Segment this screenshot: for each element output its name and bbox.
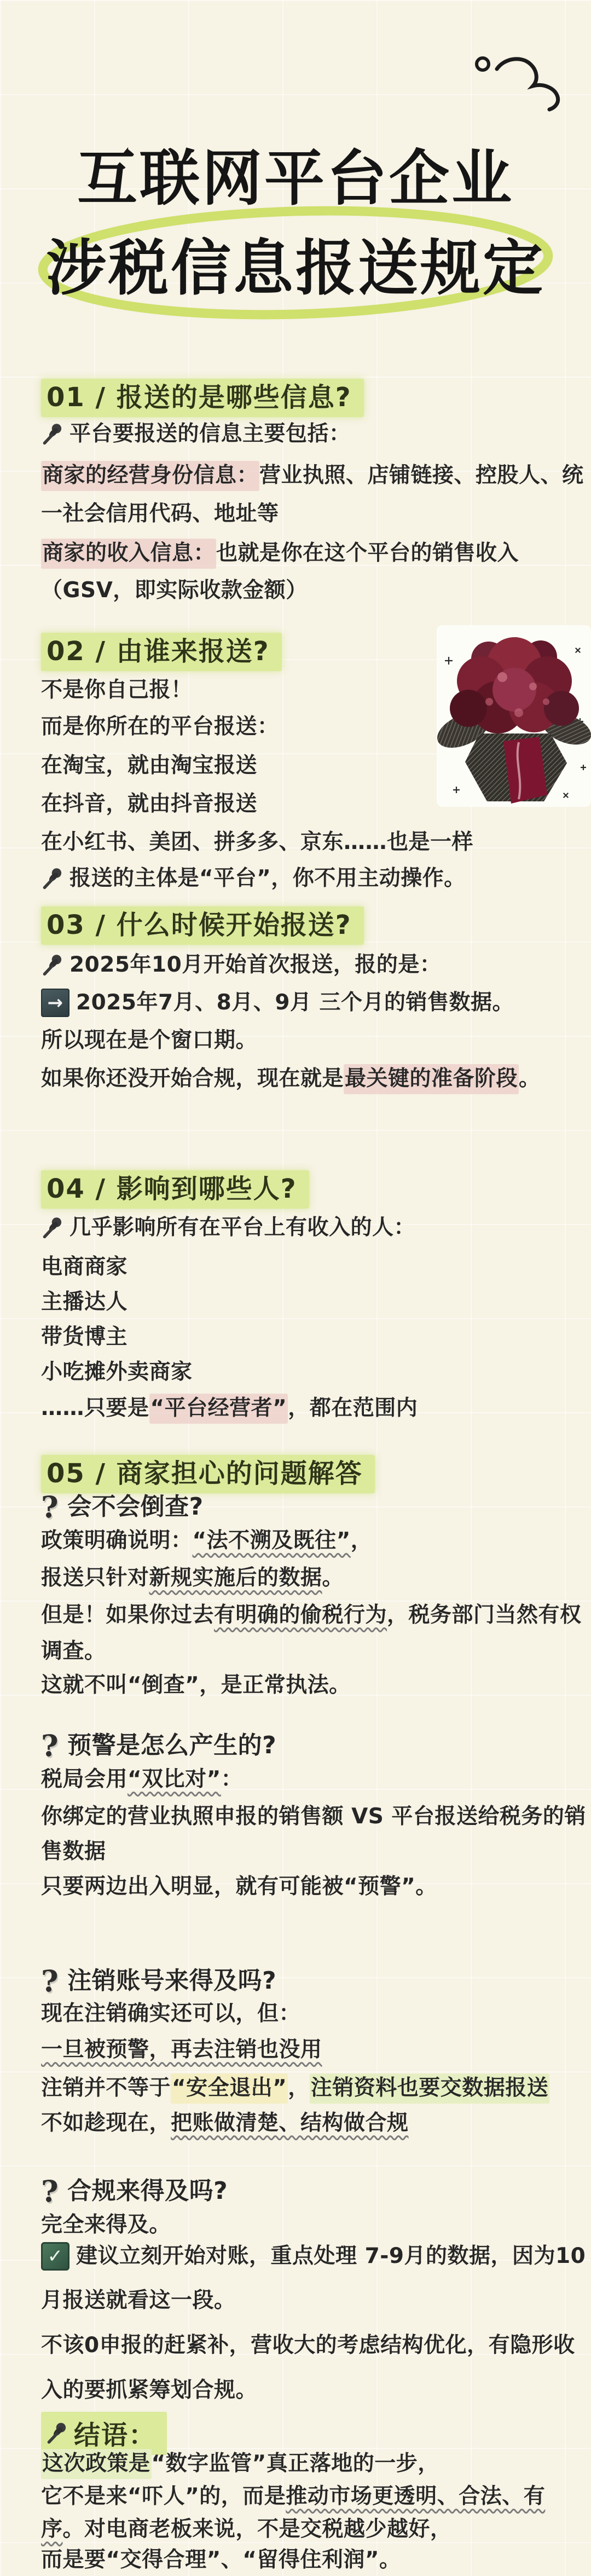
text-line: 而是你所在的平台报送： [41, 713, 279, 741]
text-line: ✓ 建议立刻开始对账，重点处理 7-9月的数据，因为10 [41, 2242, 586, 2271]
question-mark-icon: ? [41, 1492, 59, 1522]
text-segment: “数字监管” [152, 2450, 266, 2478]
question-mark-icon: ? [41, 2176, 59, 2206]
text-segment: 报送只针对 [41, 1564, 149, 1592]
text-segment: 如果你还没开始合规，现在就是 [41, 1065, 344, 1093]
emphasis-segment: “法不溯及既往” [193, 1527, 351, 1555]
text-segment: 营业执照、店铺链接、控股人、统 [259, 462, 584, 490]
text-segment: 月报送就看这一段。 [41, 2287, 236, 2315]
emphasis-segment: 序 [41, 2516, 63, 2544]
text-segment: 2025年7月、8月、9月 三个月的销售数据。 [76, 989, 514, 1017]
text-segment: 报送的主体是“平台”，你不用主动操作。 [69, 865, 466, 893]
emphasis-segment: “平台经营者” [149, 1394, 288, 1424]
text-line: → 2025年7月、8月、9月 三个月的销售数据。 [41, 989, 514, 1017]
text-segment: 不是你自己报！ [41, 677, 193, 704]
poster-title-line2: 涉税信息报送规定 [0, 220, 591, 307]
text-segment: 在抖音，就由抖音报送 [41, 790, 257, 818]
text-segment: ……只要是 [41, 1395, 149, 1423]
text-segment: ，税务部门当然有权 [387, 1602, 582, 1630]
poster: 互联网平台企业 涉税信息报送规定 01 / 报送的是哪些信息? 平台要报送的信息… [0, 0, 591, 2576]
text-line: 入的要抓紧筹划合规。 [41, 2377, 257, 2405]
text-line: 不该0申报的赶紧补，营收大的考虑结构优化，有隐形收 [41, 2332, 575, 2360]
text-segment: 2025年10月开始首次报送，报的是： [69, 951, 441, 979]
list-item: 电商商家 [41, 1254, 128, 1281]
text-line: 商家的经营身份信息： 营业执照、店铺链接、控股人、统 [41, 461, 584, 491]
text-line: 这就不叫“倒查”，是正常执法。 [41, 1672, 351, 1700]
text-line: 一旦被预警，再去注销也没用 [41, 2036, 322, 2064]
text-segment: 税局会用 [41, 1766, 128, 1794]
text-segment: 在淘宝，就由淘宝报送 [41, 752, 257, 780]
text-line: 几乎影响所有在平台上有收入的人： [41, 1214, 415, 1242]
text-segment: 预警是怎么产生的? [67, 1730, 276, 1761]
text-segment: 不该0申报的赶紧补，营收大的考虑结构优化，有隐形收 [41, 2332, 575, 2360]
text-line: 不如趁现在， 把账做清楚、结构做合规 [41, 2110, 409, 2138]
text-line: 所以现在是个 窗口期。 [41, 1027, 257, 1055]
doodle-flourish [466, 45, 576, 116]
text-segment: 政策明确说明： [41, 1527, 193, 1555]
question-heading: ? 预警是怎么产生的? [41, 1730, 276, 1761]
pushpin-icon [41, 867, 65, 891]
text-line: 税局会用 “双比对” ： [41, 1766, 242, 1794]
arrow-icon: → [41, 989, 69, 1017]
text-line: 月报送就看这一段。 [41, 2287, 236, 2315]
emphasis-segment: 商家的收入信息： [41, 539, 216, 569]
text-segment: 完全来得及。 [41, 2211, 171, 2239]
text-segment: 调查。 [41, 1638, 106, 1666]
text-line: 政策明确说明： “法不溯及既往” ， [41, 1527, 372, 1555]
text-segment: 电商商家 [41, 1254, 128, 1281]
text-line: 而是要“交得合理”、“留得住利润”。 [41, 2546, 401, 2574]
text-segment: 售数据 [41, 1838, 106, 1866]
text-segment: 会不会倒查? [67, 1491, 204, 1522]
text-line: 在小红书、美团、拼多多、京东……也是一样 [41, 829, 473, 857]
text-line: 你绑定的营业执照申报的销售额 VS 平台报送给税务的销 [41, 1803, 586, 1831]
emphasis-segment: 推动市场更透明、合法、有 [286, 2483, 545, 2511]
text-segment: 你绑定的营业执照申报的销售额 VS 平台报送给税务的销 [41, 1803, 586, 1831]
emphasis-segment: 最关键的准备阶段 [344, 1064, 519, 1094]
text-segment: 建议立刻开始对账，重点处理 7-9月的数据，因为10 [76, 2243, 586, 2271]
section-02-header: 02 / 由谁来报送? [41, 633, 282, 671]
emphasis-segment: 注销资料也要交数据报送 [310, 2073, 550, 2104]
question-mark-icon: ? [41, 1966, 59, 1996]
text-segment: 所以现在是个 [41, 1027, 171, 1055]
list-item: 主播达人 [41, 1289, 128, 1316]
text-line: 一社会信用代码、地址等 [41, 500, 279, 528]
text-segment: 在小红书、美团、拼多多、京东……也是一样 [41, 829, 473, 857]
text-line: 平台要报送的信息主要包括： [41, 420, 351, 448]
text-segment: 而是你所在的平台报送： [41, 713, 279, 741]
text-segment: 只要两边出入明显，就有可能被“预警”。 [41, 1873, 437, 1901]
text-line: 它不是来“吓人”的，而是 推动市场更透明、合法、有 [41, 2483, 545, 2511]
text-line: 注销并不等于 “安全退出” ， 注销资料也要交数据报送 [41, 2073, 549, 2104]
text-line: 报送的主体是“平台”，你不用主动操作。 [41, 865, 466, 893]
list-item: 小吃摊外卖商家 [41, 1359, 193, 1387]
text-segment: ， [288, 2075, 310, 2103]
text-segment: 结语： [74, 2414, 156, 2452]
text-line: 在抖音，就由抖音报送 [41, 790, 257, 818]
section-05-header: 05 / 商家担心的问题解答 [41, 1455, 375, 1493]
question-heading: ? 合规来得及吗? [41, 2175, 228, 2207]
list-item: 带货博主 [41, 1324, 128, 1351]
text-line: ……只要是 “平台经营者” ，都在范围内 [41, 1394, 418, 1424]
emphasis-segment: 这次政策是 [41, 2449, 152, 2479]
text-segment: 入的要抓紧筹划合规。 [41, 2377, 257, 2405]
text-line: 但是！如果你过去 有明确的偷税行为 ，税务部门当然有权 [41, 1602, 582, 1630]
pushpin-icon [41, 422, 65, 446]
text-line: 报送只针对 新规实施后的数据 。 [41, 1564, 344, 1592]
text-segment: ： [221, 1766, 243, 1794]
text-segment: 不如趁现在， [41, 2110, 171, 2138]
text-segment: 而是要“交得合理”、“留得住利润”。 [41, 2546, 401, 2574]
text-line: 调查。 [41, 1638, 106, 1666]
text-segment: 注销并不等于 [41, 2075, 171, 2103]
checkbox-icon: ✓ [41, 2242, 69, 2271]
text-line: 现在注销确实还可以，但： [41, 2000, 300, 2028]
text-line: 只要两边出入明显，就有可能被“预警”。 [41, 1873, 437, 1901]
emphasis-segment: 一旦被预警，再去注销也没用 [41, 2036, 322, 2064]
emphasis-segment: 新规实施后的数据 [149, 1564, 322, 1592]
emphasis-segment: “双比对” [128, 1766, 221, 1794]
section-03-header: 03 / 什么时候开始报送? [41, 906, 364, 945]
text-line: 如果你还没开始合规，现在就是 最关键的准备阶段 。 [41, 1064, 541, 1094]
text-line: 售数据 [41, 1838, 106, 1866]
text-segment: 真正落地的一步， [266, 2450, 439, 2478]
text-segment: 平台要报送的信息主要包括： [69, 420, 351, 448]
text-segment: 但是！如果你过去 [41, 1602, 214, 1630]
text-segment: ，都在范围内 [288, 1395, 418, 1423]
emphasis-segment: 有明确的偷税行为 [214, 1602, 387, 1630]
text-line: 在淘宝，就由淘宝报送 [41, 752, 257, 780]
text-segment: ， [351, 1527, 373, 1555]
pushpin-icon [41, 953, 65, 977]
text-segment: 注销账号来得及吗? [67, 1965, 276, 1996]
text-line: 商家的收入信息： 也就是你在这个平台的销售收入 [41, 539, 519, 569]
emphasis-segment: 把账做清楚、结构做合规 [171, 2110, 409, 2138]
text-line: 这次政策是 “数字监管” 真正落地的一步， [41, 2449, 439, 2479]
question-heading: ? 会不会倒查? [41, 1491, 204, 1522]
flower-bouquet-image [437, 625, 591, 807]
text-line: 不是你自己报！ [41, 677, 193, 704]
text-segment: 。 [322, 1564, 344, 1592]
text-segment: 几乎影响所有在平台上有收入的人： [69, 1214, 415, 1242]
pushpin-icon [45, 2421, 69, 2445]
emphasis-segment: 商家的经营身份信息： [41, 461, 259, 491]
text-segment: 。对电商老板来说，不是交税越少越好， [63, 2516, 452, 2544]
text-segment: 一社会信用代码、地址等 [41, 500, 279, 528]
text-line: 2025年10月开始首次报送，报的是： [41, 951, 441, 979]
emphasis-segment: “安全退出” [171, 2073, 288, 2104]
text-line: 序 。对电商老板来说，不是交税越少越好， [41, 2516, 452, 2544]
question-heading: ? 注销账号来得及吗? [41, 1965, 276, 1996]
text-segment: 现在注销确实还可以，但： [41, 2000, 300, 2028]
text-segment: 主播达人 [41, 1289, 128, 1316]
emphasis-segment: 窗口期。 [171, 1027, 257, 1055]
section-04-header: 04 / 影响到哪些人? [41, 1170, 309, 1209]
text-segment: 小吃摊外卖商家 [41, 1359, 193, 1387]
section-01-header: 01 / 报送的是哪些信息? [41, 379, 364, 417]
text-segment: 。 [519, 1065, 541, 1093]
text-line: （GSV，即实际收款金额） [41, 577, 308, 605]
text-segment: 带货博主 [41, 1324, 128, 1351]
text-segment: 它不是来“吓人”的，而是 [41, 2483, 286, 2511]
text-segment: 也就是你在这个平台的销售收入 [216, 540, 519, 568]
question-mark-icon: ? [41, 1731, 59, 1760]
text-segment: （GSV，即实际收款金额） [41, 577, 308, 605]
text-line: 完全来得及。 [41, 2211, 171, 2239]
text-segment: 这就不叫“倒查”，是正常执法。 [41, 1672, 351, 1700]
pushpin-icon [41, 1216, 65, 1240]
text-segment: 合规来得及吗? [67, 2175, 228, 2207]
